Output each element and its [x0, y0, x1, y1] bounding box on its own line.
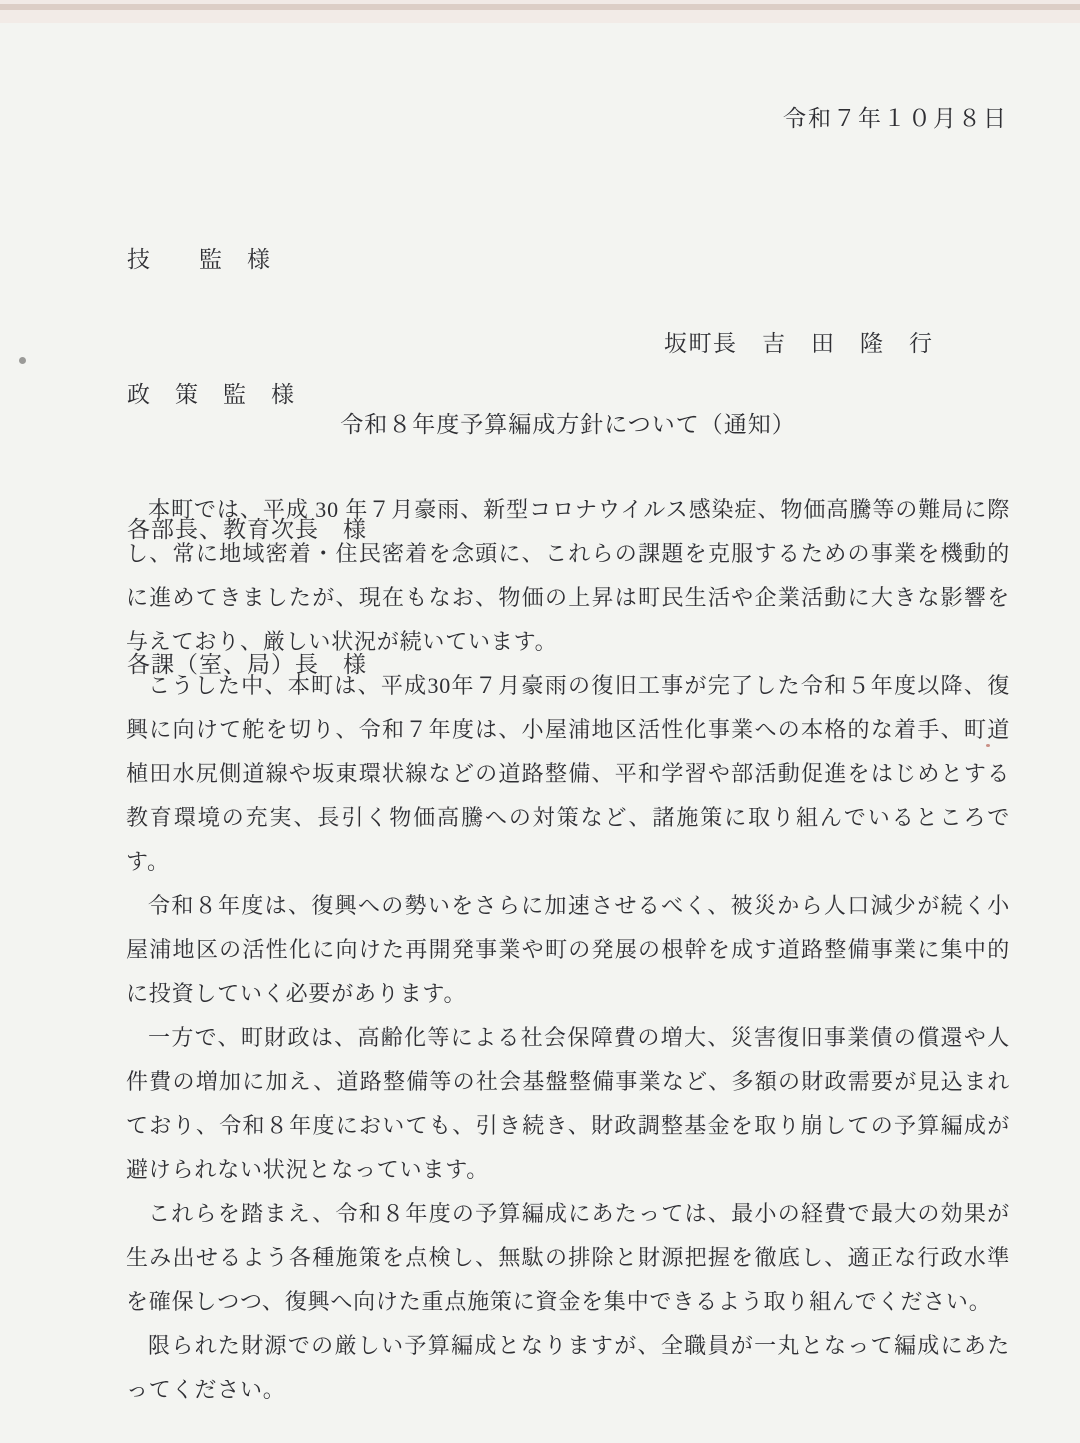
recipient-line-gikan: 技 監 様: [127, 237, 367, 282]
body-paragraph-2: こうした中、本町は、平成30年７月豪雨の復旧工事が完了した令和５年度以降、復興に…: [126, 664, 1010, 884]
document-title: 令和８年度予算編成方針について（通知）: [126, 406, 1010, 439]
body-paragraph-6: 限られた財源での厳しい予算編成となりますが、全職員が一丸となって編成にあたってく…: [126, 1324, 1010, 1412]
sender-name: 坂町長 吉 田 隆 行: [664, 325, 934, 358]
scanned-letter-page: 令和７年１０月８日 技 監 様 政 策 監 様 各部長、教育次長 様 各課（室、…: [0, 0, 1080, 1443]
body-paragraph-3: 令和８年度は、復興への勢いをさらに加速させるべく、被災から人口減少が続く小屋浦地…: [126, 884, 1010, 1016]
scan-edge-band: [0, 0, 1080, 23]
body-paragraph-4: 一方で、町財政は、高齢化等による社会保障費の増大、災害復旧事業債の償還や人件費の…: [126, 1016, 1010, 1192]
document-body: 本町では、平成 30 年７月豪雨、新型コロナウイルス感染症、物価高騰等の難局に際…: [126, 488, 1010, 1412]
document-date: 令和７年１０月８日: [783, 100, 1008, 133]
scan-speck: [986, 744, 990, 747]
body-paragraph-5: これらを踏まえ、令和８年度の予算編成にあたっては、最小の経費で最大の効果が生み出…: [126, 1192, 1010, 1324]
body-paragraph-1: 本町では、平成 30 年７月豪雨、新型コロナウイルス感染症、物価高騰等の難局に際…: [126, 488, 1010, 664]
scan-speck: [19, 357, 26, 364]
